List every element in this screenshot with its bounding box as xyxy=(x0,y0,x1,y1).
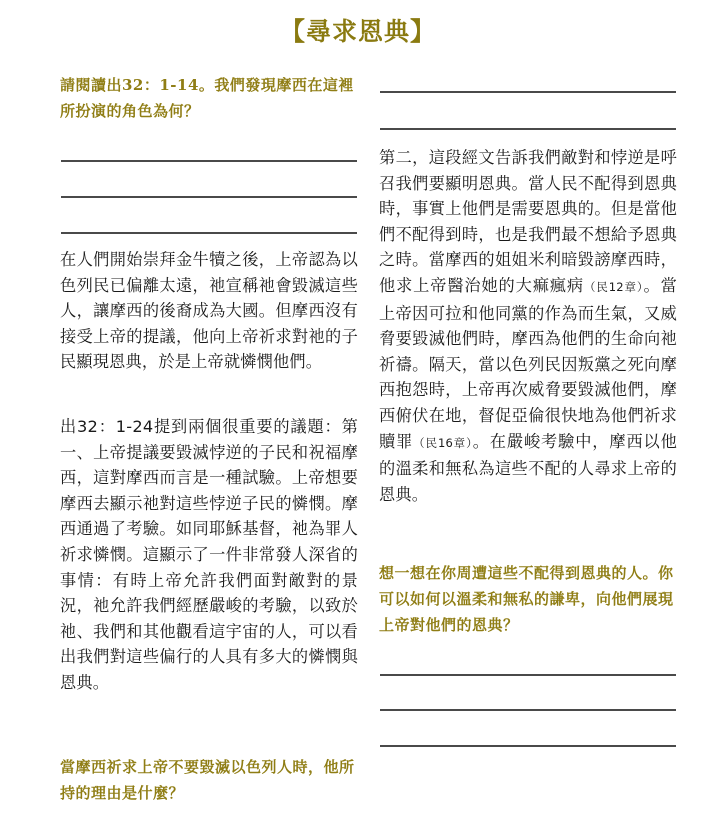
paragraph-3b: 。當上帝因可拉和他同黨的作為而生氣，又威脅要毀滅他們時，摩西為他們的生命向祂祈禱… xyxy=(379,276,677,451)
scripture-ref-2: （民16章） xyxy=(413,436,473,450)
right-question: 想一想在你周遭這些不配得到恩典的人。你可以如何以溫柔和無私的謙卑，向他們展現上帝… xyxy=(379,560,677,638)
left-body: 在人們開始崇拜金牛犢之後，上帝認為以色列民已偏離太遠，祂宣稱祂會毀滅這些人，讓摩… xyxy=(60,247,358,375)
answer-line[interactable] xyxy=(61,232,357,234)
answer-line[interactable] xyxy=(380,674,676,676)
answer-line[interactable] xyxy=(61,196,357,198)
left-body-2: 出32：1-24提到兩個很重要的議題：第一、上帝提議要毀滅悖逆的子民和祝福摩西，… xyxy=(60,414,358,696)
scripture-ref-1: （民12章） xyxy=(584,280,644,294)
question-3: 想一想在你周遭這些不配得到恩典的人。你可以如何以溫柔和無私的謙卑，向他們展現上帝… xyxy=(379,560,677,638)
answer-line[interactable] xyxy=(380,91,676,93)
left-column: 請閱讀出32：1-14。我們發現摩西在這裡所扮演的角色為何？ xyxy=(60,72,358,124)
answer-line[interactable] xyxy=(61,160,357,162)
paragraph-3a: 第二，這段經文告訴我們敵對和悖逆是呼召我們要顯明恩典。當人民不配得到恩典時，事實… xyxy=(379,148,677,295)
paragraph-3: 第二，這段經文告訴我們敵對和悖逆是呼召我們要顯明恩典。當人民不配得到恩典時，事實… xyxy=(379,145,677,507)
paragraph-2: 出32：1-24提到兩個很重要的議題：第一、上帝提議要毀滅悖逆的子民和祝福摩西，… xyxy=(60,414,358,696)
right-body: 第二，這段經文告訴我們敵對和悖逆是呼召我們要顯明恩典。當人民不配得到恩典時，事實… xyxy=(379,145,677,507)
question-1: 請閱讀出32：1-14。我們發現摩西在這裡所扮演的角色為何？ xyxy=(60,72,358,124)
paragraph-1: 在人們開始崇拜金牛犢之後，上帝認為以色列民已偏離太遠，祂宣稱祂會毀滅這些人，讓摩… xyxy=(60,247,358,375)
left-question-2: 當摩西祈求上帝不要毀滅以色列人時，他所持的理由是什麼？ xyxy=(60,754,358,806)
answer-line[interactable] xyxy=(380,128,676,130)
answer-line[interactable] xyxy=(380,709,676,711)
answer-line[interactable] xyxy=(380,745,676,747)
page-title: 【尋求恩典】 xyxy=(0,12,716,48)
question-2: 當摩西祈求上帝不要毀滅以色列人時，他所持的理由是什麼？ xyxy=(60,754,358,806)
